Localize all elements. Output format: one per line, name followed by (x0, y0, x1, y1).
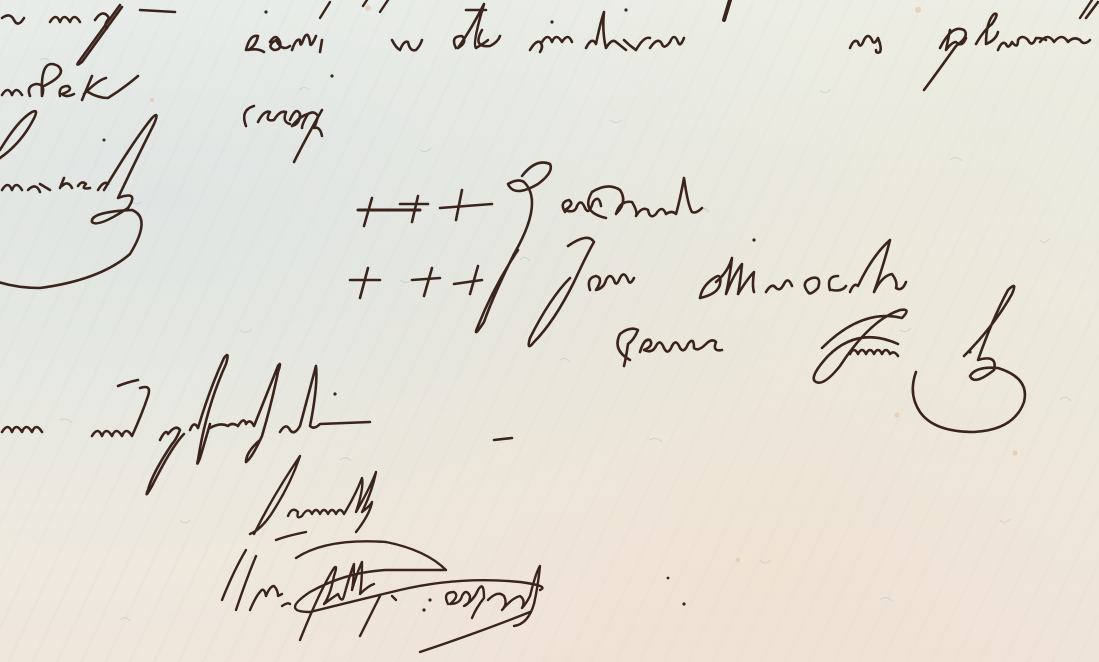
margin-signature-strokes (0, 111, 157, 288)
margin-line-1-strokes (2, 5, 175, 65)
main-line-1-strokes (246, 2, 1098, 90)
top-partial-strokes (320, 0, 1092, 20)
german-line-strokes (2, 355, 512, 494)
main-line-2-strokes (244, 74, 333, 162)
signature-3-strokes (618, 286, 1025, 432)
official-signature-strokes (222, 456, 686, 652)
margin-line-2-strokes (2, 64, 138, 100)
handwriting-layer (0, 0, 1099, 662)
signature-1-strokes (358, 163, 702, 333)
